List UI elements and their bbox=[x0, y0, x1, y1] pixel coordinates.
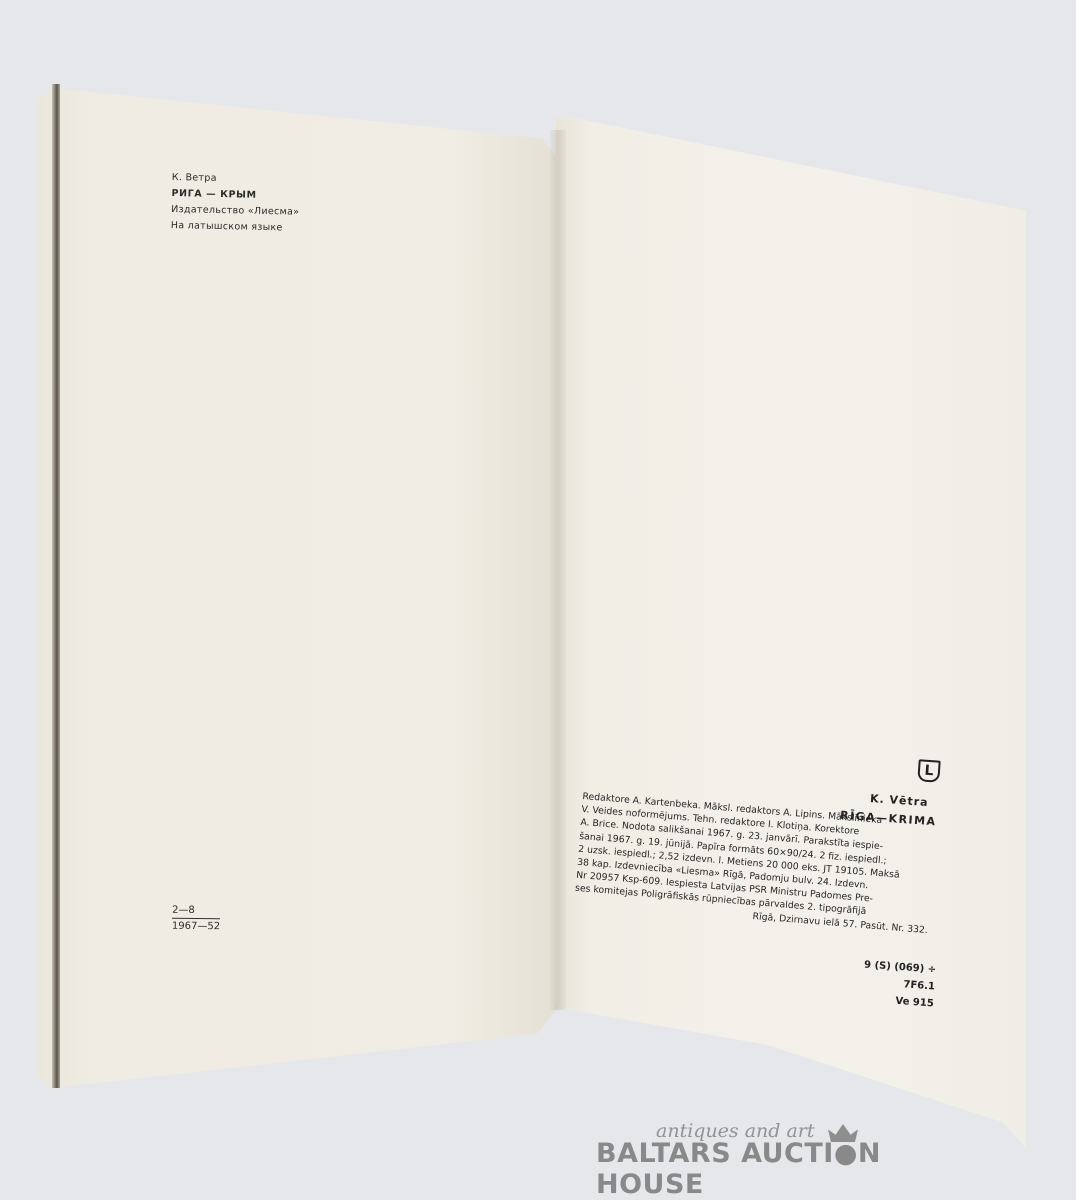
watermark: antiques and art BALTARS AUCTI●N HOUSE bbox=[596, 1120, 996, 1200]
watermark-name: BALTARS AUCTI●N HOUSE bbox=[596, 1138, 996, 1200]
book-spine bbox=[550, 130, 566, 1010]
left-title-block: К. Ветра РИГА — КРЫМ Издательство «Лиесм… bbox=[171, 170, 300, 237]
photo-scene: К. Ветра РИГА — КРЫМ Издательство «Лиесм… bbox=[0, 0, 1076, 1200]
right-page bbox=[556, 118, 1026, 1148]
code-top: 2—8 bbox=[172, 904, 220, 919]
page-stack-edge bbox=[52, 84, 60, 1088]
code-bottom: 1967—52 bbox=[172, 918, 220, 935]
publisher-logo-icon: L bbox=[917, 759, 940, 782]
left-language-note: На латышском языке bbox=[171, 218, 299, 237]
right-catalog-codes: 9 (S) (069) ÷ 7F6.1 Ve 915 bbox=[833, 955, 936, 1013]
left-catalog-code: 2—8 1967—52 bbox=[172, 904, 220, 935]
